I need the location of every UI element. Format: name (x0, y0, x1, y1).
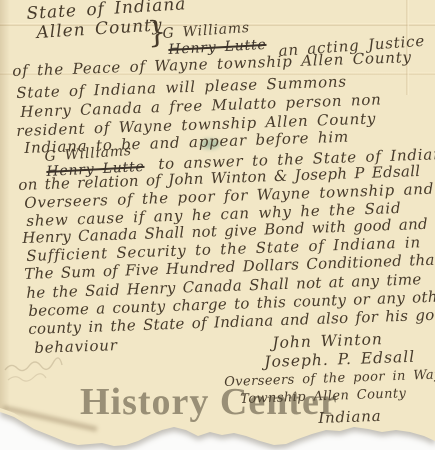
signature: Joseph. P. Edsall (264, 348, 415, 371)
faint-pencil-note (2, 356, 64, 390)
manuscript-line: behaviour (34, 336, 118, 357)
history-center-watermark: History Center (80, 380, 338, 424)
scanned-document-photo: State of Indiana Allen County } G Willia… (0, 0, 435, 450)
